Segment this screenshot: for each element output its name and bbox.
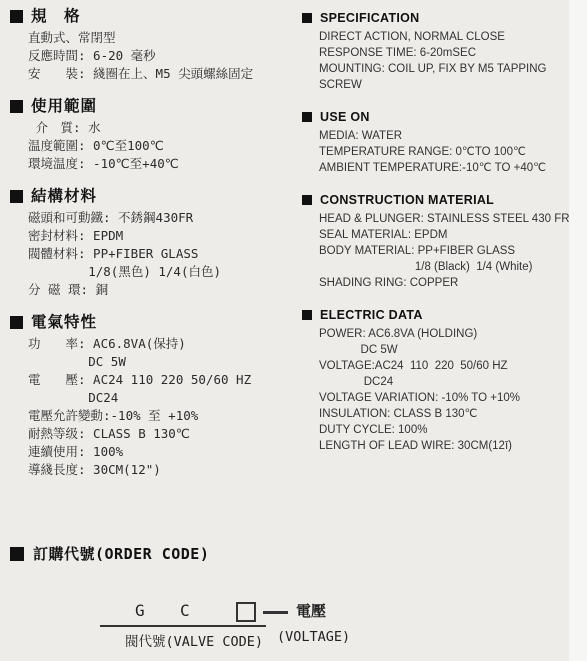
spec-line: VOLTAGE:AC24 110 220 50/60 HZ — [302, 358, 584, 374]
spec-line: DC 5W — [10, 353, 298, 371]
spec-line: MEDIA: WATER — [302, 128, 584, 144]
section-title: 結構材料 — [31, 186, 97, 206]
section-heading: 使用範圍 — [10, 96, 298, 116]
order-code-letter-g: G — [135, 601, 145, 620]
section-heading: 規 格 — [10, 6, 298, 26]
spec-line: RESPONSE TIME: 6-20mSEC — [302, 45, 584, 61]
spec-line: DUTY CYCLE: 100% — [302, 422, 584, 438]
spec-line: POWER: AC6.8VA (HOLDING) — [302, 326, 584, 342]
spec-section: 規 格直動式、常閉型反應時間: 6-20 毫秒安 裝: 綫圈在上、M5 尖頭螺絲… — [10, 6, 298, 83]
spec-line: TEMPERATURE RANGE: 0℃TO 100℃ — [302, 144, 584, 160]
spec-line: 1/8(黑色) 1/4(白色) — [10, 263, 298, 281]
spec-line: DC24 — [302, 374, 584, 390]
spec-line: SHADING RING: COPPER — [302, 275, 584, 291]
spec-line: 1/8 (Black) 1/4 (White) — [302, 259, 584, 275]
section-title: 規 格 — [31, 6, 81, 26]
spec-line: 反應時間: 6-20 毫秒 — [10, 47, 298, 65]
section-bullet-icon — [10, 547, 24, 561]
order-code-letter-c: C — [180, 601, 190, 620]
section-heading: USE ON — [302, 108, 584, 126]
spec-line: 密封材料: EPDM — [10, 227, 298, 245]
spec-line: LENGTH OF LEAD WIRE: 30CM(12ī) — [302, 438, 584, 454]
valve-code-label: 閥代號(VALVE CODE) — [125, 630, 263, 650]
spec-line: 功 率: AC6.8VA(保持) — [10, 335, 298, 353]
section-bullet-icon — [10, 316, 23, 329]
spec-section: ELECTRIC DATAPOWER: AC6.8VA (HOLDING) DC… — [302, 306, 584, 454]
section-bullet-icon — [10, 190, 23, 203]
spec-line: INSULATION: CLASS B 130℃ — [302, 406, 584, 422]
spec-line: 耐熱等级: CLASS B 130℃ — [10, 425, 298, 443]
section-heading: 電氣特性 — [10, 312, 298, 332]
spec-section: USE ONMEDIA: WATERTEMPERATURE RANGE: 0℃T… — [302, 108, 584, 176]
spec-section: 使用範圍 介 質: 水温度範圍: 0℃至100℃環境温度: -10℃至+40℃ — [10, 96, 298, 173]
order-code-title: 訂購代號(ORDER CODE) — [33, 543, 209, 564]
voltage-label-en: (VOLTAGE) — [277, 629, 350, 645]
section-heading: 結構材料 — [10, 186, 298, 206]
section-heading: CONSTRUCTION MATERIAL — [302, 191, 584, 209]
spec-section: SPECIFICATIONDIRECT ACTION, NORMAL CLOSE… — [302, 9, 584, 93]
spec-section: 電氣特性功 率: AC6.8VA(保持) DC 5W電 壓: AC24 110 … — [10, 312, 298, 479]
spec-line: 電壓允許變動:-10% 至 +10% — [10, 407, 298, 425]
spec-line: 直動式、常閉型 — [10, 29, 298, 47]
spec-section: 結構材料磁頭和可動鐵: 不銹鋼430FR密封材料: EPDM閥體材料: PP+F… — [10, 186, 298, 299]
spec-sheet-page: 規 格直動式、常閉型反應時間: 6-20 毫秒安 裝: 綫圈在上、M5 尖頭螺絲… — [0, 0, 587, 661]
spec-section: CONSTRUCTION MATERIALHEAD & PLUNGER: STA… — [302, 191, 584, 291]
section-bullet-icon — [302, 195, 312, 205]
spec-line: 磁頭和可動鐵: 不銹鋼430FR — [10, 209, 298, 227]
spec-line: 閥體材料: PP+FIBER GLASS — [10, 245, 298, 263]
spec-line: 介 質: 水 — [10, 119, 298, 137]
spec-line: DC 5W — [302, 342, 584, 358]
valve-code-underline — [100, 625, 266, 627]
spec-line: MOUNTING: COIL UP, FIX BY M5 TAPPING SCR… — [302, 61, 584, 93]
dash-connector-icon — [263, 611, 288, 614]
spec-line: SEAL MATERIAL: EPDM — [302, 227, 584, 243]
section-title: USE ON — [320, 108, 370, 126]
section-heading: SPECIFICATION — [302, 9, 584, 27]
order-code-heading: 訂購代號(ORDER CODE) — [10, 543, 209, 564]
section-title: CONSTRUCTION MATERIAL — [320, 191, 494, 209]
section-bullet-icon — [302, 112, 312, 122]
english-spec-column: SPECIFICATIONDIRECT ACTION, NORMAL CLOSE… — [302, 9, 584, 469]
section-bullet-icon — [302, 310, 312, 320]
voltage-code-box-icon — [236, 602, 256, 622]
spec-line: 安 裝: 綫圈在上、M5 尖頭螺絲固定 — [10, 65, 298, 83]
spec-line: DIRECT ACTION, NORMAL CLOSE — [302, 29, 584, 45]
section-bullet-icon — [10, 100, 23, 113]
spec-line: 導綫長度: 30CM(12") — [10, 461, 298, 479]
section-bullet-icon — [10, 10, 23, 23]
section-heading: ELECTRIC DATA — [302, 306, 584, 324]
section-title: 使用範圍 — [31, 96, 97, 116]
spec-line: AMBIENT TEMPERATURE:-10℃ TO +40℃ — [302, 160, 584, 176]
spec-line: 環境温度: -10℃至+40℃ — [10, 155, 298, 173]
spec-line: 連續使用: 100% — [10, 443, 298, 461]
spec-line: 分 磁 環: 銅 — [10, 281, 298, 299]
section-title: 電氣特性 — [31, 312, 97, 332]
spec-line: 電 壓: AC24 110 220 50/60 HZ — [10, 371, 298, 389]
section-bullet-icon — [302, 13, 312, 23]
spec-line: VOLTAGE VARIATION: -10% TO +10% — [302, 390, 584, 406]
section-title: ELECTRIC DATA — [320, 306, 423, 324]
section-title: SPECIFICATION — [320, 9, 420, 27]
spec-line: DC24 — [10, 389, 298, 407]
spec-line: 温度範圍: 0℃至100℃ — [10, 137, 298, 155]
chinese-spec-column: 規 格直動式、常閉型反應時間: 6-20 毫秒安 裝: 綫圈在上、M5 尖頭螺絲… — [10, 6, 298, 492]
spec-line: HEAD & PLUNGER: STAINLESS STEEL 430 FR — [302, 211, 584, 227]
spec-line: BODY MATERIAL: PP+FIBER GLASS — [302, 243, 584, 259]
voltage-label-cn: 電壓 — [296, 600, 326, 621]
